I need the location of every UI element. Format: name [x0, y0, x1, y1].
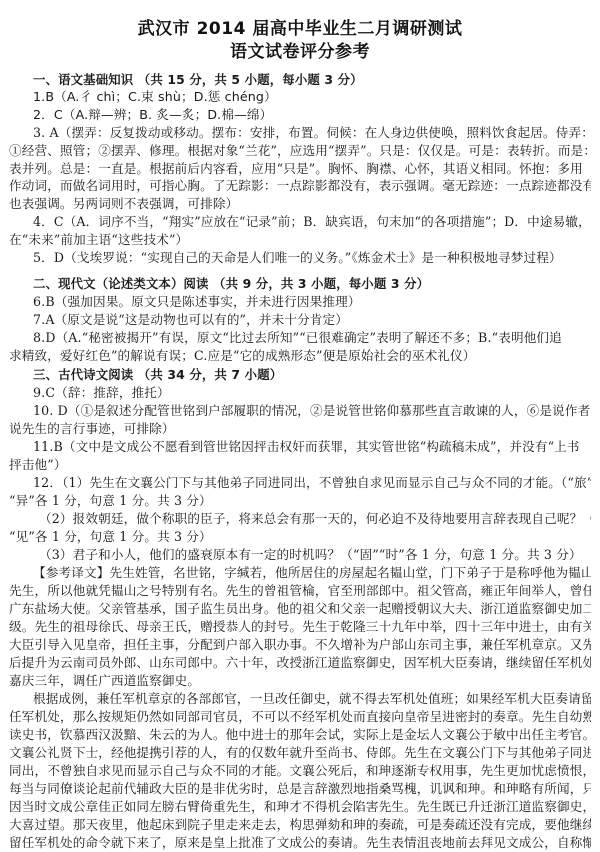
answer-line: 1.B（A.彳 chì；C.束 shù；D.惩 chéng）: [33, 89, 591, 104]
translation-line: 根据成例，兼任军机章京的各部郎官，一旦改任御史，就不得去军机处值班；如果经军机大…: [33, 691, 591, 706]
answer-line: 2．C（A.辩—辨；B. 炙—炙；D.棉—绵）: [33, 107, 591, 122]
translation-line: 每当与同僚谈论起前代辅政大臣的是非优劣时，总是言辞激烈地指桑骂槐，讥讽和珅。和珅…: [9, 781, 591, 796]
section-heading-2: 二、现代文（论述类文本）阅读 （共 9 分，共 3 小题，每小题 3 分）: [33, 276, 591, 291]
answer-line: “见”各 1 分，句意 1 分。共 3 分）: [9, 529, 591, 544]
answer-line: 12．（1）先生在文襄公门下与其他弟子同进同出，不曾独自求见而显示自己与众不同的…: [33, 475, 591, 490]
answer-line: 5．D（戈埃罗说：“实现自己的天命是人们唯一的义务。”《炼金术士》是一种积极地寻…: [33, 250, 591, 265]
section-heading-3: 三、古代诗文阅读 （共 34 分，共 7 小题）: [33, 367, 591, 382]
answer-line: 抨击他”）: [9, 457, 591, 472]
answer-line: 9.C（辞：推辞，推托）: [33, 385, 591, 400]
translation-line: 【参考译文】先生姓管，名世铭，字缄若，他所居住的房屋起名韫山堂，门下弟子于是称呼…: [33, 565, 591, 580]
answer-line: 也表强调。另两词则不表强调，可排除）: [9, 196, 591, 211]
answer-line: ①经营、照管；②摆弄、修理。根据对象“兰花”，应选用“摆弄”。只是：仅仅是。可是…: [9, 143, 591, 158]
answer-line: 6.B（强加因果。原文只是陈述事实，并未进行因果推理）: [33, 294, 591, 309]
translation-line: 大喜过望。那天夜里，他起床到院子里走来走去，构思弹劾和珅的奏疏，可是奏疏还没有完…: [9, 817, 591, 832]
translation-line: 后提升为云南司员外郎、山东司郎中。六十年，改授浙江道监察御史，因军机大臣奏请，继…: [9, 655, 591, 670]
answer-line: 求精致，爱好红色”的解说有误；C.应是“它的成熟形态”便是原始社会的巫术礼仪）: [9, 348, 591, 363]
answer-line: 表并列。总是：一直是。根据前后内容看，应用“只是”。胸怀、胸襟、心怀，其语义相同…: [9, 161, 591, 176]
answer-line: 3. A（摆弄：反复拨动或移动。摆布：安排，布置。伺候：在人身边供使唤，照料饮食…: [33, 125, 591, 140]
section-heading-1: 一、语文基础知识 （共 15 分，共 5 小题，每小题 3 分）: [33, 72, 591, 87]
translation-line: 读史书，钦慕西汉汲黯、朱云的为人。他中进士的那年会试，实际上是金坛人文襄公于敏中…: [9, 727, 591, 742]
translation-line: 嘉庆三年，调任广西道监察御史。: [9, 673, 591, 688]
answer-line: 10. D（①是叙述分配管世铭到户部履职的情况，②是说管世铭仰慕那些直言敢谏的人…: [33, 403, 591, 418]
answer-line: 4．C（A．词序不当，“翔实”应放在“记录”前；B．缺宾语，句末加“的各项措施”…: [33, 214, 591, 229]
document-title: 武汉市 2014 届高中毕业生二月调研测试: [0, 14, 600, 39]
translation-line: 大臣引导入见皇帝，担任主事，分配到户部入职办事。不久增补为户部山东司主事，兼任军…: [9, 637, 591, 652]
answer-line: 7.A（原文是说“这是动物也可以有的”，并未十分肯定）: [33, 312, 591, 327]
translation-line: 广东盐场大使。父亲管基承，国子监生员出身。他的祖父和父亲一起赠授朝议大夫、浙江道…: [9, 601, 591, 616]
answer-line: “异”各 1 分，句意 1 分。共 3 分）: [9, 493, 591, 508]
translation-line: 任军机处，那么按规矩仍然如同部司官员，不可以不经军机处而直接向皇帝呈进密封的奏章…: [9, 709, 591, 724]
answer-line: （3）君子和小人，他们的盛衰原本有一定的时机吗？（“固”“时”各 1 分，句意 …: [39, 547, 591, 562]
answer-line: （2）报效朝廷，做个称职的臣子，将来总会有那一天的，何必迫不及待地要用言辞表现自…: [39, 511, 591, 526]
answer-line: 8.D（A.“秘密被揭开”有误，原文“比过去所知”“已很难确定”表明了解还不多；…: [33, 330, 591, 345]
document-subtitle: 语文试卷评分参考: [0, 37, 600, 62]
translation-line: 留任军机处的命令就下来了，原来是皇上批准了文成公的奏请。先生表情沮丧地前去拜见文…: [9, 835, 591, 850]
answer-key-page: 武汉市 2014 届高中毕业生二月调研测试 语文试卷评分参考 一、语文基础知识 …: [0, 0, 600, 852]
translation-line: 同出，不曾独自求见而显示自己与众不同的才能。文襄公死后，和珅逐渐专权用事，先生更…: [9, 763, 591, 778]
answer-line: 在“未来”前加主语“这些技术”）: [9, 232, 591, 247]
translation-line: 文襄公礼贤下士，经他提携引荐的人，有的仅数年就升至尚书、侍郎。先生在文襄公门下与…: [9, 745, 591, 760]
answer-line: 作动词，而做名词用时，可指心胸。了无踪影：一点踪影都没有，表示强调。毫无踪迹：一…: [9, 178, 591, 193]
answer-line: 说先生的言行事迹，可排除）: [9, 421, 591, 436]
translation-line: 因当时文成公章佳正如同左膀右臂倚重先生，和珅才不得机会陷害先生。先生既已升迁浙江…: [9, 799, 591, 814]
answer-line: 11.B（文中是文成公不愿看到管世铭因抨击权奸而获罪，其实管世铭“构疏稿未成”，…: [33, 439, 591, 454]
translation-line: 级。先生的祖母徐氏、母亲王氏，赠授恭人的封号。先生于乾隆三十九年中举，四十三年中…: [9, 619, 591, 634]
translation-line: 先生，所以他就凭韫山之号特别有名。先生的曾祖管棆，官至刑部郎中。祖父管高，雍正年…: [9, 583, 591, 598]
